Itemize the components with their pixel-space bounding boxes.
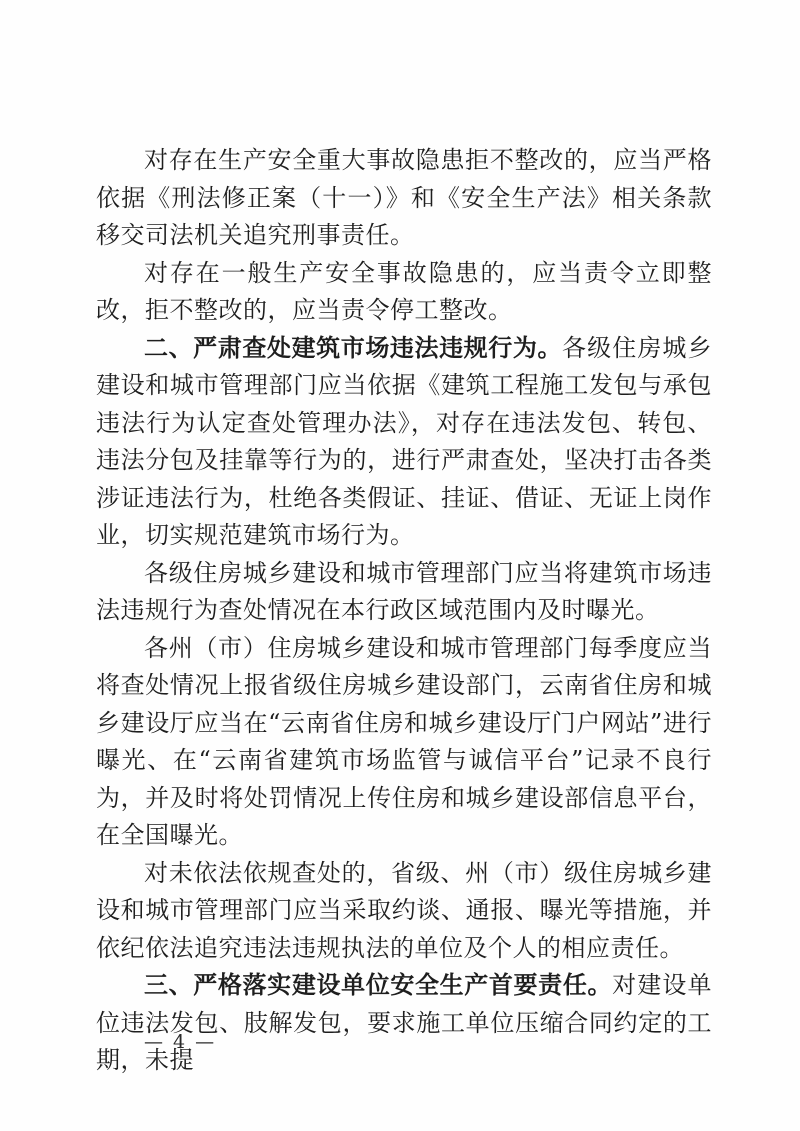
paragraph-text: 各级住房城乡建设和城市管理部门应当将建筑市场违法违规行为查处情况在本行政区域范围… <box>96 559 712 625</box>
section-heading-3: 三、严格落实建设单位安全生产首要责任。 <box>144 971 612 999</box>
paragraph-text: 各州（市）住房城乡建设和城市管理部门每季度应当将查处情况上报省级住房城乡建设部门… <box>96 634 712 850</box>
paragraph: 各州（市）住房城乡建设和城市管理部门每季度应当将查处情况上报省级住房城乡建设部门… <box>96 630 712 855</box>
paragraph: 三、严格落实建设单位安全生产首要责任。对建设单位违法发包、肢解发包，要求施工单位… <box>96 967 712 1080</box>
page-number: — 4 — <box>144 1031 216 1053</box>
paragraph-text: 对未依法依规查处的，省级、州（市）级住房城乡建设和城市管理部门应当采取约谈、通报… <box>96 859 712 962</box>
paragraph: 对存在生产安全重大事故隐患拒不整改的，应当严格依据《刑法修正案（十一）》和《安全… <box>96 142 712 255</box>
section-heading-2: 二、严肃查处建筑市场违法违规行为。 <box>144 334 562 362</box>
paragraph-text: 对存在生产安全重大事故隐患拒不整改的，应当严格依据《刑法修正案（十一）》和《安全… <box>96 146 712 249</box>
paragraph: 对存在一般生产安全事故隐患的，应当责令立即整改，拒不整改的，应当责令停工整改。 <box>96 255 712 330</box>
paragraph-text: 对存在一般生产安全事故隐患的，应当责令立即整改，拒不整改的，应当责令停工整改。 <box>96 259 712 325</box>
paragraph: 二、严肃查处建筑市场违法违规行为。各级住房城乡建设和城市管理部门应当依据《建筑工… <box>96 330 712 555</box>
document-page: 对存在生产安全重大事故隐患拒不整改的，应当严格依据《刑法修正案（十一）》和《安全… <box>0 0 800 1131</box>
paragraph: 各级住房城乡建设和城市管理部门应当将建筑市场违法违规行为查处情况在本行政区域范围… <box>96 555 712 630</box>
paragraph-text: 各级住房城乡建设和城市管理部门应当依据《建筑工程施工发包与承包违法行为认定查处管… <box>96 334 712 550</box>
document-body: 对存在生产安全重大事故隐患拒不整改的，应当严格依据《刑法修正案（十一）》和《安全… <box>96 142 712 1080</box>
paragraph: 对未依法依规查处的，省级、州（市）级住房城乡建设和城市管理部门应当采取约谈、通报… <box>96 855 712 968</box>
